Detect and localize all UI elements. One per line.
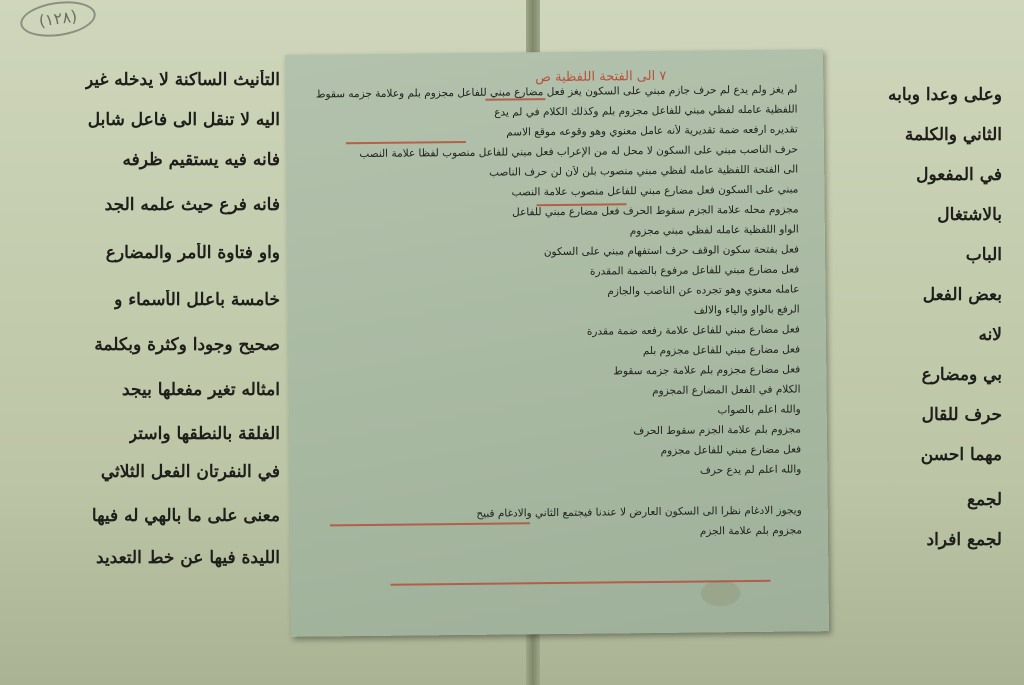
leaf-line: مبني على السكون فعل مضارع مبني للفاعل من…: [314, 183, 798, 202]
leaf-line: والله اعلم لم يدع حرف: [317, 463, 801, 482]
leaf-line: فعل مضارع مبني للفاعل علامة رفعه ضمة مقد…: [316, 323, 800, 342]
leaf-line: الكلام في الفعل المضارع المجزوم: [316, 383, 800, 402]
leaf-line: تقديره ارفعه ضمة تقديرية لأنه عامل معنوي…: [314, 123, 798, 142]
text-line: بالاشتغال: [802, 205, 1002, 227]
text-line: وعلى وعدا وبابه: [802, 85, 1002, 107]
insert-leaf: ٧ الى الفتحة اللفظية ص لم يغز ولم يدع لم…: [285, 49, 829, 637]
folio-number: (١٢٨): [18, 0, 98, 41]
leaf-line: والله اعلم بالصواب: [317, 403, 801, 422]
text-line: معنى على ما بالهي له فيها: [92, 506, 280, 528]
text-line: اليه لا تنقل الى فاعل شابل: [88, 110, 280, 132]
text-line: التأنيث الساكنة لا يدخله غير: [85, 70, 280, 92]
text-line: واو فتاوة الأمر والمضارع: [106, 243, 280, 265]
text-line: في المفعول: [802, 165, 1002, 187]
leaf-line: فعل مضارع مبني للفاعل مجزوم بلم: [316, 343, 800, 362]
leaf-line: فعل مضارع مبني للفاعل مجزوم: [317, 443, 801, 462]
text-line: الثاني والكلمة: [802, 125, 1002, 147]
text-line: بي ومضارع: [802, 365, 1002, 387]
leaf-line: مجزوم محله علامة الجزم سقوط الحرف فعل مض…: [315, 203, 799, 222]
text-line: حرف للقال: [802, 405, 1002, 427]
manuscript-photo: (١٢٨) التأنيث الساكنة لا يدخله غير اليه …: [0, 0, 1024, 685]
leaf-line: فعل بفتحة سكون الوقف حرف استفهام مبني عل…: [315, 243, 799, 262]
text-line: بعض الفعل: [802, 285, 1002, 307]
text-line: الباب: [802, 245, 1002, 267]
text-line: فانه فيه يستقيم ظرفه: [123, 150, 281, 172]
leaf-line: اللفظية عامله لفظي مبني للفاعل مجزوم بلم…: [314, 103, 798, 122]
leaf-line: ويجوز الادغام نظرا الى السكون العارض لا …: [318, 504, 802, 523]
text-line: مهما احسن: [802, 445, 1002, 467]
leaf-line: الواو اللفظية عامله لفظي مبني مجزوم: [315, 223, 799, 242]
text-line: لجمع افراد: [802, 530, 1002, 552]
text-line: الفلقة بالنطقها واستر: [129, 424, 280, 446]
paper-stain: [700, 580, 740, 606]
text-line: لجمع: [802, 490, 1002, 512]
text-line: لانه: [802, 325, 1002, 347]
leaf-line: فعل مضارع مجزوم بلم علامة جزمه سقوط: [316, 363, 800, 382]
text-line: في النفرتان الفعل الثلاثي: [101, 462, 280, 484]
text-line: صحيح وجودا وكثرة وبكلمة: [94, 335, 280, 357]
leaf-line: مجزوم بلم علامة الجزم: [318, 524, 802, 543]
leaf-line: فعل مضارع مبني للفاعل مرفوع بالضمة المقد…: [315, 263, 799, 282]
leaf-line: لم يغز ولم يدع لم حرف جازم مبني على السك…: [313, 83, 797, 102]
leaf-line: مجزوم بلم علامة الجزم سقوط الحرف: [317, 423, 801, 442]
text-line: فانه فرع حيث علمه الجد: [105, 195, 280, 217]
leaf-line: الرفع بالواو والياء والالف: [316, 303, 800, 322]
leaf-line: حرف الناصب مبني على السكون لا محل له من …: [314, 143, 798, 162]
leaf-heading: ٧ الى الفتحة اللفظية ص: [535, 69, 666, 85]
text-line: خامسة باعلل الأسماء و: [114, 290, 280, 312]
text-line: امثاله تغير مفعلها بيجد: [122, 380, 280, 402]
leaf-line: الى الفتحة اللفظية عامله لفظي مبني منصوب…: [314, 163, 798, 182]
text-line: الليدة فيها عن خط التعديد: [96, 548, 280, 570]
leaf-line: عامله معنوي وهو تجرده عن الناصب والجازم: [315, 283, 799, 302]
